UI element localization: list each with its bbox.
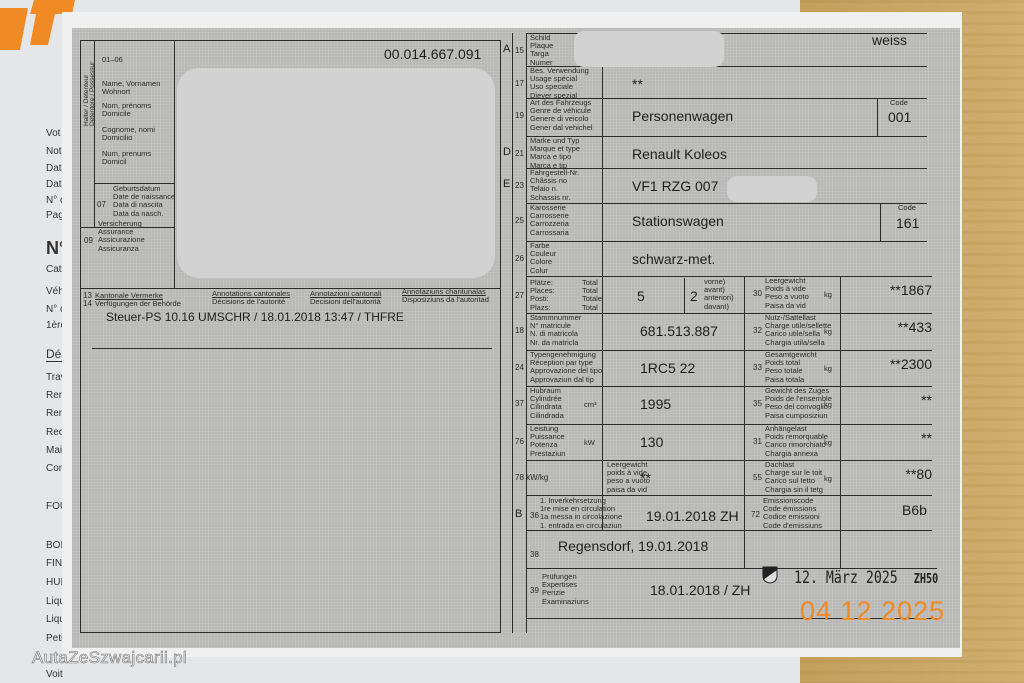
body-code: 161	[896, 215, 919, 231]
field-number: 78 kW/kg	[515, 473, 548, 482]
field-number: 21	[515, 149, 524, 158]
field-number: 37	[515, 399, 524, 408]
field-number: 33	[753, 363, 762, 372]
field-label: EmissionscodeCode émissionsCodice emissi…	[763, 497, 822, 530]
field-label: PrüfungenExpertisesPerizieExaminaziuns	[542, 573, 589, 606]
inspection-stamp: 12. März 2025 ZH50	[794, 568, 938, 588]
name-label-de: Name, VornamenWohnort	[102, 80, 160, 96]
field-number: 18	[515, 326, 524, 335]
unit-label: kg	[824, 291, 832, 299]
unit-label: kg	[824, 328, 832, 336]
field-number: 17	[515, 79, 524, 88]
seats-label: Plätze:Places:Posti:Plazs:	[530, 279, 555, 312]
seats-front-value: 2	[690, 288, 698, 304]
field-value: VF1 RZG 007	[632, 178, 718, 194]
field-label: AnhängelastPoids remorquableCarico rimor…	[765, 425, 828, 458]
field-number: 27	[515, 291, 524, 300]
field-label: Marke und TypMarque et typeMarca e tipoM…	[530, 137, 580, 170]
field-number: 09	[84, 236, 93, 245]
field-value: **	[632, 76, 643, 92]
field-number: 32	[753, 326, 762, 335]
field-number: 36	[530, 511, 539, 520]
annotation-header: Décisions de l'autorité	[212, 298, 285, 306]
bg-label: Voit	[46, 669, 68, 680]
seats-total-value: 5	[637, 288, 645, 304]
field-value: **2300	[872, 356, 932, 372]
section-letter: B	[515, 508, 522, 520]
holder-vertical-label: Detentore / Possessur	[89, 62, 96, 126]
seats-total-label: TotalTotalTotaleTotal	[582, 279, 602, 312]
field-value: 1995	[640, 396, 671, 412]
annotation-header: Decisioni dell'autorità	[310, 298, 381, 306]
field-value: 1RC5 22	[640, 360, 695, 376]
field-value: Renault Koleos	[632, 146, 727, 162]
field-label: TypengenehmigungRéception par typeApprov…	[530, 351, 602, 384]
name-label-fr: Nom, prénomsDomicile	[102, 102, 151, 118]
field-value: Personenwagen	[632, 108, 733, 124]
field-number: 72	[751, 510, 760, 519]
field-label: FarbeCouleurColoreColur	[530, 242, 556, 275]
field-number: 23	[515, 181, 524, 190]
field-label: KarosserieCarrosserieCarrozzeriaCarrossa…	[530, 204, 569, 237]
watermark: AutaZeSzwajcarii.pl	[32, 648, 187, 668]
issue-place-date: Regensdorf, 19.01.2018	[558, 538, 708, 554]
birthdate-label: GeburtsdatumDate de naissanceData di nas…	[113, 185, 175, 218]
field-value: **433	[872, 319, 932, 335]
name-label-it: Cognome, nomiDomicilio	[102, 126, 155, 142]
field-number: 55	[753, 473, 762, 482]
field-label: 1. Inverkehrsetzung1re mise en circulati…	[540, 497, 622, 530]
field-number: 15	[515, 46, 524, 55]
field-label: Nutz-/SattellastCharge utile/selletteCar…	[765, 314, 831, 347]
annotation-header: Disposiziuns da l'autoritad	[402, 296, 489, 304]
unit-label: cm³	[584, 401, 597, 409]
first-registration-value: 19.01.2018 ZH	[646, 508, 739, 524]
section-letter: D	[503, 146, 511, 158]
field-number: 38	[530, 550, 539, 559]
field-number: 76	[515, 437, 524, 446]
field-number: 31	[753, 437, 762, 446]
field-label: Gewicht des ZugesPoids de l'ensemblePeso…	[765, 387, 832, 420]
field-label: LeergewichtPoids à videPeso a vuotoPaisa…	[765, 277, 809, 310]
name-label-rm: Num, prenumsDomicil	[102, 150, 151, 166]
field-label: GesamtgewichtPoids totalPeso totalePaisa…	[765, 351, 817, 384]
field-label: HubraumCylindréeCilindrataCilindrada	[530, 387, 564, 420]
field-number: 35	[753, 399, 762, 408]
field-label: Fahrgestell-Nr.Châssis noTelaio n.Schass…	[530, 169, 579, 202]
unit-label: kW	[584, 439, 595, 447]
plate-color-value: weiss	[872, 32, 907, 48]
emission-code-value: B6b	[902, 502, 927, 518]
unit-label: kg	[824, 401, 832, 409]
field-value: **	[640, 470, 651, 486]
field-value: **	[872, 392, 932, 408]
field-label: StammnummerN° matriculeN. di matricolaNr…	[530, 314, 581, 347]
insurance-label: VersicherungAssuranceAssicurazioneAssicu…	[98, 220, 145, 253]
unit-label: kg	[824, 365, 832, 373]
annotation-value: Steuer-PS 10.16 UMSCHR / 18.01.2018 13:4…	[106, 310, 404, 324]
photo-date-stamp: 04 12 2025	[800, 596, 945, 627]
vehicle-registration-document: Halter / Détenteur Detentore / Possessur…	[72, 28, 960, 648]
field-label: LeistungPuissancePotenzaPrestaziun	[530, 425, 565, 458]
unit-label: kg	[824, 475, 832, 483]
redacted-holder-info	[177, 68, 495, 278]
field-value: 681.513.887	[640, 323, 718, 339]
field-number: 26	[515, 254, 524, 263]
section-letter: E	[503, 178, 510, 190]
field-number: 1314	[83, 292, 92, 308]
section-number: 01–06	[102, 56, 123, 64]
document-number: 00.014.667.091	[384, 46, 481, 62]
field-value: schwarz-met.	[632, 251, 715, 267]
field-label: Bes. VerwendungUsage spécialUso speciale…	[530, 67, 589, 100]
field-label: Art des FahrzeugsGenre de véhiculeGenere…	[530, 99, 593, 132]
redacted-plate-number	[574, 31, 724, 67]
redacted-chassis-suffix	[727, 176, 817, 202]
field-number: 30	[753, 289, 762, 298]
code-label: Code	[890, 99, 908, 107]
code-label: Code	[898, 204, 916, 212]
field-number: 39	[530, 586, 539, 595]
field-label: DachlastCharge sur le toitCarico sul tet…	[765, 461, 823, 494]
seats-front-label: vorne)avant)anteriori)davant)	[704, 278, 734, 311]
section-letter: A	[503, 43, 510, 55]
zurich-coat-of-arms-icon	[762, 566, 778, 584]
unit-label: kg	[824, 439, 832, 447]
field-number: 19	[515, 111, 524, 120]
field-number: 07	[97, 200, 106, 209]
inspection-value: 18.01.2018 / ZH	[650, 582, 750, 598]
vehicle-type-code: 001	[888, 109, 911, 125]
field-label: SchildPlaqueTargaNumer	[530, 34, 553, 67]
field-value: **	[872, 430, 932, 446]
annotation-header: Verfügungen der Behörde	[95, 300, 181, 308]
field-value: Stationswagen	[632, 213, 724, 229]
field-number: 24	[515, 363, 524, 372]
field-value: **80	[872, 466, 932, 482]
field-value: **1867	[872, 282, 932, 298]
field-value: 130	[640, 434, 663, 450]
field-number: 25	[515, 216, 524, 225]
